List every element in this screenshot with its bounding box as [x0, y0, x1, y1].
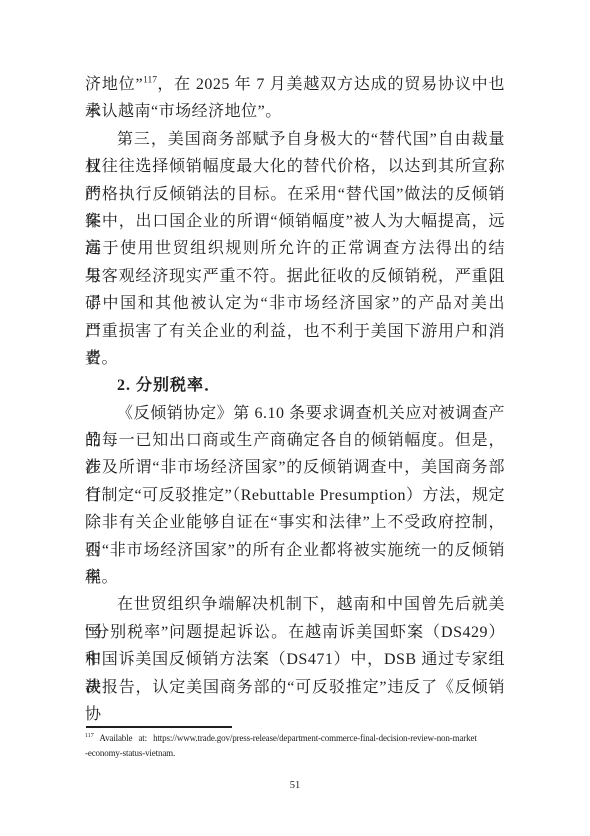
text-line: 除非有关企业能够自证在“事实和法律”上不受政府控制，否 [85, 509, 505, 536]
section-heading: 2. 分别税率． [85, 372, 505, 399]
text-line: 且往往选择倾销幅度最大化的替代价格，以达到其所宣称的 [85, 153, 505, 180]
text-line: 者。 [85, 345, 505, 372]
footnote-block: 117 Available at: https://www.trade.gov/… [85, 731, 515, 761]
text-line: 率。 [85, 564, 505, 591]
document-page: 济地位”117，在 2025 年 7 月美越双方达成的贸易协议中也未承认越南“市… [0, 0, 590, 836]
footnote-line: 117 Available at: https://www.trade.gov/… [85, 731, 515, 746]
text-line: 涉及所谓“非市场经济国家”的反倾销调查中，美国商务部自 [85, 454, 505, 481]
text-line: 济地位”117，在 2025 年 7 月美越双方达成的贸易协议中也未 [85, 71, 505, 98]
text-line: 与客观经济现实严重不符。据此征收的反倾销税，严重阻碍 [85, 263, 505, 290]
text-line: 了中国和其他被认定为“非市场经济国家”的产品对美出口， [85, 290, 505, 317]
footnote-separator [86, 726, 232, 728]
text-line: 则“非市场经济国家”的所有企业都将被实施统一的反倾销税 [85, 537, 505, 564]
text-line: “分别税率”问题提起诉讼。在越南诉美国虾案（DS429）和 [85, 619, 505, 646]
text-line: 件中，出口国企业的所谓“倾销幅度”被人为大幅提高，远远 [85, 208, 505, 235]
text-line: 高于使用世贸组织规则所允许的正常调查方法得出的结果， [85, 235, 505, 262]
text-line: 承认越南“市场经济地位”。 [85, 98, 505, 125]
text-line: 的每一已知出口商或生产商确定各自的倾销幅度。但是，在 [85, 427, 505, 454]
text-line: 行制定“可反驳推定”（Rebuttable Presumption）方法，规定 [85, 482, 505, 509]
text-line: 第三，美国商务部赋予自身极大的“替代国”自由裁量权， [85, 126, 505, 153]
page-number: 51 [0, 779, 590, 793]
text-line: 严重损害了有关企业的利益，也不利于美国下游用户和消费 [85, 318, 505, 345]
footnote-reference: 117 [85, 733, 94, 739]
text-line: 决报告，认定美国商务部的“可反驳推定”违反了《反倾销协 [85, 674, 505, 701]
text-block: 济地位”117，在 2025 年 7 月美越双方达成的贸易协议中也未承认越南“市… [85, 71, 505, 701]
footnote-line: -economy-status-vietnam. [85, 746, 515, 761]
text-line: 在世贸组织争端解决机制下，越南和中国曾先后就美国 [85, 591, 505, 618]
footnote-reference: 117 [143, 76, 157, 86]
text-line: 严格执行反倾销法的目标。在采用“替代国”做法的反倾销案 [85, 181, 505, 208]
text-line: 《反倾销协定》第 6.10 条要求调查机关应对被调查产品 [85, 400, 505, 427]
text-line: 中国诉美国反倾销方法案（DS471）中，DSB 通过专家组裁 [85, 646, 505, 673]
